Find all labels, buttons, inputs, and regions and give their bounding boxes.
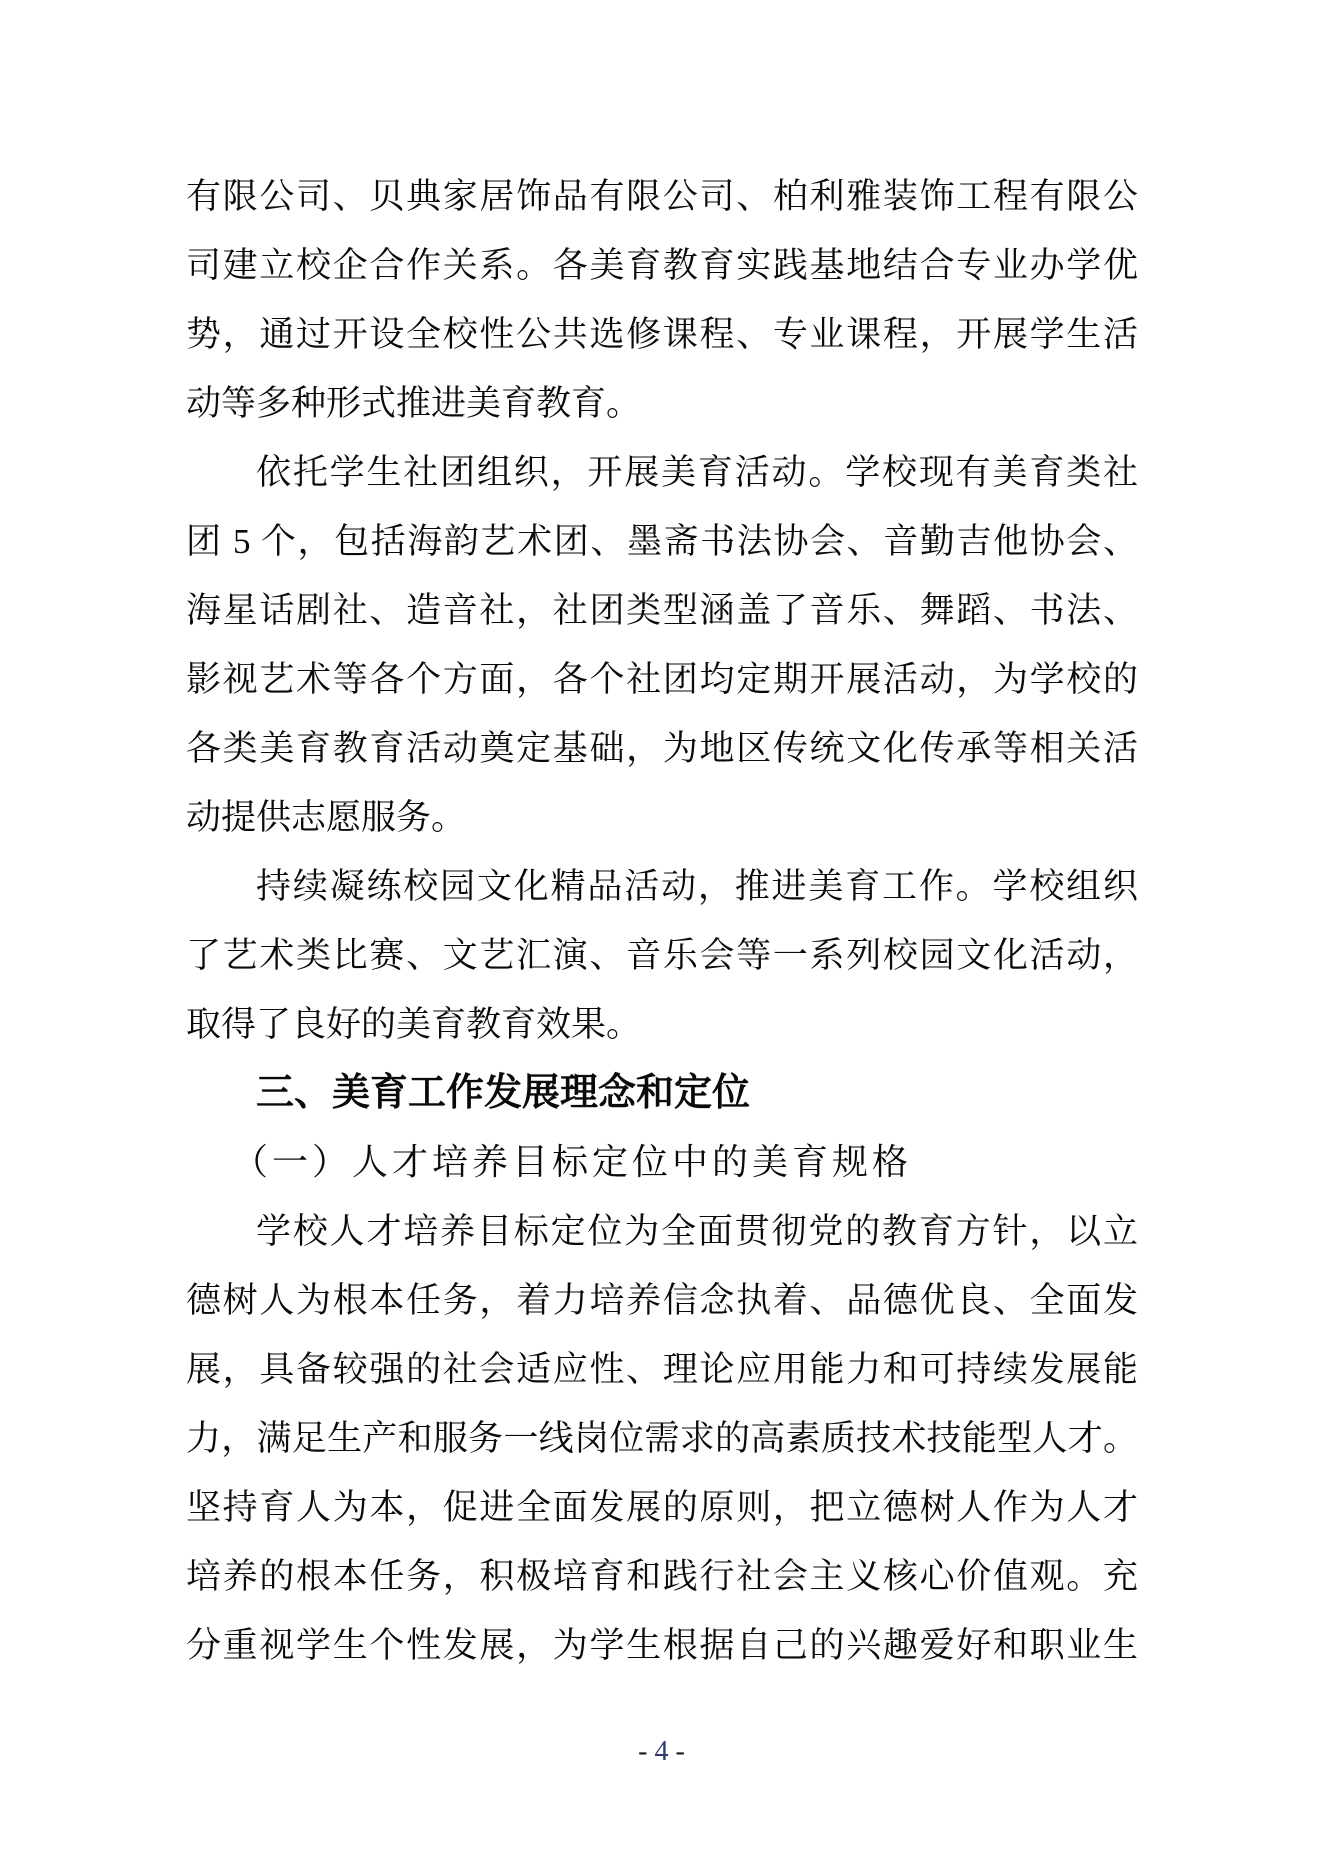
page-number: 4: [655, 1736, 669, 1767]
page-number-suffix: -: [669, 1736, 685, 1767]
text-line: 培养的根本任务，积极培育和践行社会主义核心价值观。充: [186, 1542, 1138, 1611]
document-page: 有限公司、贝典家居饰品有限公司、柏利雅装饰工程有限公司建立校企合作关系。各美育教…: [0, 0, 1323, 1871]
text-line: 团 5 个，包括海韵艺术团、墨斋书法协会、音勤吉他协会、: [186, 507, 1138, 576]
text-line: 势，通过开设全校性公共选修课程、专业课程，开展学生活: [186, 300, 1138, 369]
text-line: 海星话剧社、造音社，社团类型涵盖了音乐、舞蹈、书法、: [186, 576, 1138, 645]
text-line: 德树人为根本任务，着力培养信念执着、品德优良、全面发: [186, 1266, 1138, 1335]
text-line: 各类美育教育活动奠定基础，为地区传统文化传承等相关活: [186, 714, 1138, 783]
page-footer: - 4 -: [0, 1734, 1323, 1770]
section-heading: 三、美育工作发展理念和定位: [186, 1059, 1138, 1128]
sub-section-heading: （一）人才培养目标定位中的美育规格: [186, 1128, 1138, 1197]
document-body: 有限公司、贝典家居饰品有限公司、柏利雅装饰工程有限公司建立校企合作关系。各美育教…: [186, 162, 1138, 1680]
text-line: 展，具备较强的社会适应性、理论应用能力和可持续发展能: [186, 1335, 1138, 1404]
text-line: 坚持育人为本，促进全面发展的原则，把立德树人作为人才: [186, 1473, 1138, 1542]
text-line: 动等多种形式推进美育教育。: [186, 369, 1138, 438]
text-line: 持续凝练校园文化精品活动，推进美育工作。学校组织: [186, 852, 1138, 921]
text-line: 力，满足生产和服务一线岗位需求的高素质技术技能型人才。: [186, 1404, 1138, 1473]
text-line: 学校人才培养目标定位为全面贯彻党的教育方针，以立: [186, 1197, 1138, 1266]
page-number-prefix: -: [638, 1736, 654, 1767]
text-line: 动提供志愿服务。: [186, 783, 1138, 852]
text-line: 取得了良好的美育教育效果。: [186, 990, 1138, 1059]
text-line: 依托学生社团组织，开展美育活动。学校现有美育类社: [186, 438, 1138, 507]
text-line: 了艺术类比赛、文艺汇演、音乐会等一系列校园文化活动，: [186, 921, 1138, 990]
text-line: 分重视学生个性发展，为学生根据自己的兴趣爱好和职业生: [186, 1611, 1138, 1680]
text-line: 有限公司、贝典家居饰品有限公司、柏利雅装饰工程有限公: [186, 162, 1138, 231]
text-line: 司建立校企合作关系。各美育教育实践基地结合专业办学优: [186, 231, 1138, 300]
text-line: 影视艺术等各个方面，各个社团均定期开展活动，为学校的: [186, 645, 1138, 714]
